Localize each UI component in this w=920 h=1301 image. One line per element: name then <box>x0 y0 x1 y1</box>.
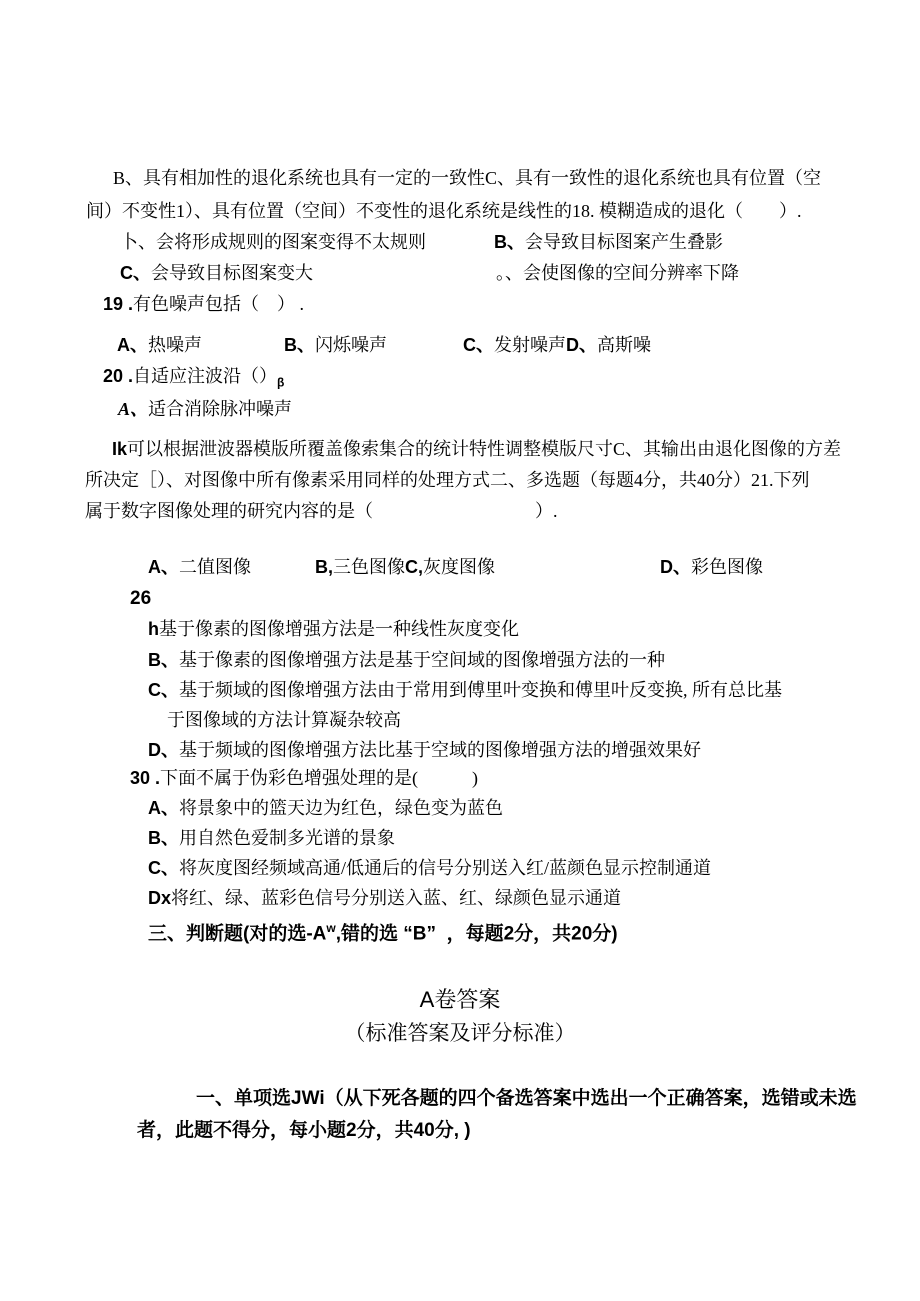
q20-stem-text: 自适应注波沿（） <box>133 366 277 386</box>
q26-option-c-prefix: C、 <box>148 680 179 700</box>
q18-option-c-text: 会导致目标图案变大 <box>151 263 313 283</box>
answers-section1-line-2: 者，此题不得分，每小题2分，共40分, ) <box>137 1119 471 1143</box>
q21-option-a: A、二值图像 <box>148 555 251 579</box>
q19-stem-text: 有色噪声包括（ ） . <box>133 294 304 314</box>
section3-superscript-w: w <box>326 921 335 935</box>
q30-option-c: C、将灰度图经频域高通/低通后的信号分别送入红/蓝颜色显示控制通道 <box>148 856 711 880</box>
q21-option-a-text: 二值图像 <box>179 557 251 577</box>
q19-number: 19 . <box>103 294 133 314</box>
q18-option-d: 。、会使图像的空间分辨率下降 <box>496 261 739 285</box>
q26-option-b-prefix: B、 <box>148 650 179 670</box>
q17-option-line-1: B、具有相加性的退化系统也具有一定的一致性C、具有一致性的退化系统也具有位置（空 <box>113 166 821 190</box>
q30-option-b-text: 用自然色爱制多光谱的景象 <box>179 828 395 848</box>
q18-option-a: 卜、会将形成规则的图案变得不太规则 <box>120 230 426 254</box>
q18-option-d-prefix: 。、 <box>496 263 523 283</box>
q30-option-d-prefix: Dx <box>148 888 171 908</box>
q30-option-a-prefix: A、 <box>148 798 179 818</box>
q20-stem: 20 .自适应注波沿（）β <box>103 364 284 395</box>
answers-section1-line-1: 一、单项选JWi（从下死各题的四个备选答案中选出一个正确答案，选错或未选 <box>196 1087 857 1111</box>
q21-stem-line-3: 属于数字图像处理的研究内容的是（ ）. <box>85 499 558 523</box>
q26-option-a-prefix: h <box>148 619 159 639</box>
q21-option-c-text: 灰度图像 <box>423 557 495 577</box>
q21-option-d-text: 彩色图像 <box>691 557 763 577</box>
q26-option-c-line-1: C、基于频域的图像增强方法由于常用到傅里叶变换和傅里叶反变换, 所有总比基 <box>148 678 782 702</box>
q19-option-b: B、闪烁噪声 <box>284 333 387 357</box>
q19-option-c-text: 发射噪声 <box>494 335 566 355</box>
q20-subscript-beta: β <box>277 376 284 390</box>
answers-title: A卷答案 <box>0 988 920 1012</box>
q18-option-b-prefix: B、 <box>494 232 525 252</box>
q30-option-c-prefix: C、 <box>148 858 179 878</box>
q19-option-a-text: 热噪声 <box>148 335 202 355</box>
q21-option-a-prefix: A、 <box>148 557 179 577</box>
q21-line1-text: 可以根据泄波器模版所覆盖像索集合的统计特性调整模版尺寸C、其输出由退化图像的方差 <box>127 439 841 459</box>
q18-option-d-text: 会使图像的空间分辨率下降 <box>523 263 739 283</box>
q19-option-a-prefix: A、 <box>117 335 148 355</box>
q20-option-a-text: 适合消除脉冲噪声 <box>148 399 292 419</box>
q21-option-bc: B,三色图像C,灰度图像 <box>315 555 495 579</box>
q18-option-c: C、会导致目标图案变大 <box>120 261 313 285</box>
q26-option-d: D、基于频域的图像增强方法比基于空域的图像增强方法的增强效果好 <box>148 738 701 762</box>
q30-stem: 30 .下面不属于伪彩色增强处理的是( ) <box>130 766 478 790</box>
section3-part1: 三、判断题(对的选-A <box>148 923 326 944</box>
q21-option-c-prefix: C, <box>405 557 423 577</box>
answers-subtitle: （标准答案及评分标准） <box>0 1022 920 1046</box>
q26-option-d-prefix: D、 <box>148 740 179 760</box>
q21-line1-prefix: Ik <box>112 439 127 459</box>
q20-number: 20 . <box>103 366 133 386</box>
q20-option-a: A、适合消除脉冲噪声 <box>118 397 292 421</box>
q21-stem-line-1: Ik可以根据泄波器模版所覆盖像索集合的统计特性调整模版尺寸C、其输出由退化图像的… <box>112 437 841 461</box>
q30-option-d: Dx将红、绿、蓝彩色信号分别送入蓝、红、绿颜色显示通道 <box>148 886 621 910</box>
q19-stem: 19 .有色噪声包括（ ） . <box>103 292 304 316</box>
q18-option-a-text: 会将形成规则的图案变得不太规则 <box>156 232 426 252</box>
q19-option-c-prefix: C、 <box>463 335 494 355</box>
section3-part2: ,错的选 “B” ，每题2分，共20分) <box>336 923 618 944</box>
q26-option-d-text: 基于频域的图像增强方法比基于空域的图像增强方法的增强效果好 <box>179 740 701 760</box>
q30-number: 30 . <box>130 768 160 788</box>
q21-option-d: D、彩色图像 <box>660 555 763 579</box>
q19-option-b-prefix: B、 <box>284 335 315 355</box>
q21-option-d-prefix: D、 <box>660 557 691 577</box>
q30-option-b-prefix: B、 <box>148 828 179 848</box>
q18-option-a-prefix: 卜、 <box>120 232 156 252</box>
q18-option-c-prefix: C、 <box>120 263 151 283</box>
q26-number: 26 <box>130 587 151 611</box>
q30-option-a: A、将景象中的篮天边为红色，绿色变为蓝色 <box>148 796 503 820</box>
q19-option-a: A、热噪声 <box>117 333 202 357</box>
q30-option-c-text: 将灰度图经频域高通/低通后的信号分别送入红/蓝颜色显示控制通道 <box>179 858 711 878</box>
q30-option-b: B、用自然色爱制多光谱的景象 <box>148 826 395 850</box>
q19-option-b-text: 闪烁噪声 <box>315 335 387 355</box>
q26-option-b: B、基于像素的图像增强方法是基于空间域的图像增强方法的一种 <box>148 648 665 672</box>
q19-option-d-prefix: D、 <box>566 335 597 355</box>
exam-document-page: B、具有相加性的退化系统也具有一定的一致性C、具有一致性的退化系统也具有位置（空… <box>0 0 920 1301</box>
q18-option-b-text: 会导致目标图案产生叠影 <box>525 232 723 252</box>
q21-option-b-prefix: B, <box>315 557 333 577</box>
q26-option-b-text: 基于像素的图像增强方法是基于空间域的图像增强方法的一种 <box>179 650 665 670</box>
q26-option-a: h基于像素的图像增强方法是一种线性灰度变化 <box>148 617 519 641</box>
q26-option-c-line-2: 于图像域的方法计算凝杂较高 <box>167 708 401 732</box>
q30-option-d-text: 将红、绿、蓝彩色信号分别送入蓝、红、绿颜色显示通道 <box>171 888 621 908</box>
q30-option-a-text: 将景象中的篮天边为红色，绿色变为蓝色 <box>179 798 503 818</box>
q21-stem-line-2: 所决定［）、对图像中所有像素采用同样的处理方式二、多选题（每题4分，共40分）2… <box>85 468 810 492</box>
q26-option-a-text: 基于像素的图像增强方法是一种线性灰度变化 <box>159 619 519 639</box>
q30-stem-text: 下面不属于伪彩色增强处理的是( ) <box>160 768 478 788</box>
q21-option-b-text: 三色图像 <box>333 557 405 577</box>
q26-option-c-text: 基于频域的图像增强方法由于常用到傅里叶变换和傅里叶反变换, 所有总比基 <box>179 680 782 700</box>
section3-heading: 三、判断题(对的选-Aw,错的选 “B” ，每题2分，共20分) <box>148 916 618 946</box>
q19-option-d-text: 高斯噪 <box>597 335 651 355</box>
q20-option-a-prefix: A、 <box>118 399 148 419</box>
q17-option-line-2: 间）不变性1）、具有位置（空间）不变性的退化系统是线性的18. 模糊造成的退化（… <box>86 199 802 223</box>
q19-option-cd: C、发射噪声D、高斯噪 <box>463 333 651 357</box>
q18-option-b: B、会导致目标图案产生叠影 <box>494 230 723 254</box>
